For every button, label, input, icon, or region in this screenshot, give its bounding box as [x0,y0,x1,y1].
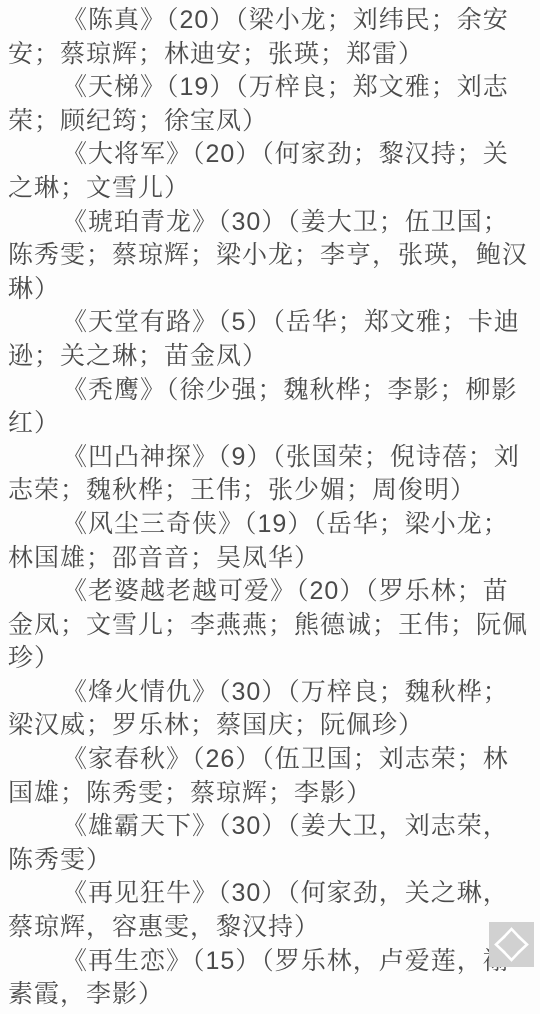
entry-paragraph: 《烽火情仇》（30）（万梓良；魏秋桦；梁汉威；罗乐林；蔡国庆；阮佩珍） [8,676,534,743]
entry-paragraph: 《凹凸神探》（9）（张国荣；倪诗蓓；刘志荣；魏秋桦；王伟；张少媚；周俊明） [8,441,534,508]
chevron-down-icon[interactable] [503,951,520,960]
entry-paragraph: 《陈真》（20）（梁小龙；刘纬民；余安安；蔡琼辉；林迪安；张瑛；郑雷） [8,4,534,71]
entry-paragraph: 《老婆越老越可爱》（20）（罗乐林；苗金凤；文雪儿；李燕燕；熊德诚；王伟；阮佩珍… [8,575,534,676]
entry-paragraph: 《大将军》（20）（何家劲；黎汉持；关之琳；文雪儿） [8,138,534,205]
series-list-page: 《陈真》（20）（梁小龙；刘纬民；余安安；蔡琼辉；林迪安；张瑛；郑雷）《天梯》（… [0,0,540,1012]
entry-paragraph: 《家春秋》（26）（伍卫国；刘志荣；林国雄；陈秀雯；蔡琼辉；李影） [8,743,534,810]
entry-paragraph: 《琥珀青龙》（30）（姜大卫；伍卫国；陈秀雯；蔡琼辉；梁小龙；李亨，张瑛，鲍汉琳… [8,206,534,307]
entry-paragraph: 《雄霸天下》（30）（姜大卫，刘志荣，陈秀雯） [8,810,534,877]
series-list: 《陈真》（20）（梁小龙；刘纬民；余安安；蔡琼辉；林迪安；张瑛；郑雷）《天梯》（… [8,4,534,1012]
entry-paragraph: 《再生恋》（15）（罗乐林，卢爱莲，褟素霞，李影） [8,945,534,1012]
entry-paragraph: 《天梯》（19）（万梓良；郑文雅；刘志荣；顾纪筠；徐宝凤） [8,71,534,138]
scroll-navigator[interactable] [489,922,534,967]
scroll-navigator-icon [489,922,534,967]
entry-paragraph: 《再见狂牛》（30）（何家劲，关之琳，蔡琼辉，容惠雯，黎汉持） [8,877,534,944]
entry-paragraph: 《风尘三奇侠》（19）（岳华；梁小龙；林国雄；邵音音；吴凤华） [8,508,534,575]
entry-paragraph: 《天堂有路》（5）（岳华；郑文雅；卡迪逊；关之琳；苗金凤） [8,306,534,373]
entry-paragraph: 《秃鹰》（徐少强；魏秋桦；李影；柳影红） [8,374,534,441]
